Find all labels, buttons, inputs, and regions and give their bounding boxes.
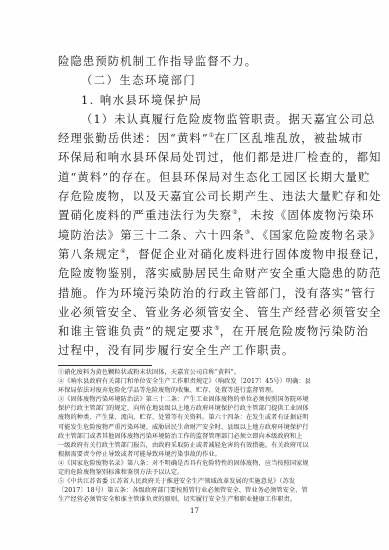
body-line-text: 第八条规定 [58,248,120,261]
body-line-text: （二）生态环境部门 [81,74,196,87]
body-line: 道“黄料”的存在。但县环保局对生态化工园区长期大量贮 [58,168,332,187]
body-line: 措施。作为环境污染防治的行政主管部门，没有落实“管行 [58,284,332,303]
body-line-text: 险隐患预防机制工作指导监督不力。 [58,55,257,68]
footnote-line: ⑤《中共江苏省委 江苏省人民政府关于推进安全生产领域改革发展的实施意见》（苏发 [58,477,332,486]
body-line-text: ，督促企业对硝化废料进行固体废物申报登记， [126,248,387,261]
footnote-divider [58,365,152,366]
body-line-text: （1）未认真履行危险废物监管职责。据天嘉宜公司总 [81,113,376,126]
body-line: 和谁主管谁负责”的规定要求⑤，在开展危险废物污染防治 [58,322,332,341]
body-line: 过程中，没有同步履行安全生产工作职责。 [58,341,332,360]
footnote-line: 保护行政主管部门的规定，向所在地县级以上地方政府环境保护行政主管部门提供工业固体 [58,404,332,413]
body-line-text: 境防治法》第三十二条、六十四条 [58,229,245,242]
footnote-line: ④《国家危险废物名录》第八条：对不明确是否具有危险特性的固体废物，应当按照国家规 [58,459,332,468]
body-line-text: 存危险废物，以及天嘉宜公司长期产生、违法大量贮存和处 [58,190,382,203]
footnote-line: 生产经营必须管安全和谁主管谁负责的原则，切实履行安全生产和职业健康工作职责。 [58,495,332,504]
body-line: 存危险废物，以及天嘉宜公司长期产生、违法大量贮存和处 [58,187,332,206]
footnote-line: 一级政府有关行政主管部门报告，由政府采取防止或者减轻危害的有效措施。有关政府可以 [58,441,332,450]
body-line: 境防治法》第三十二条、六十四条③、《国家危险废物名录》 [58,226,332,245]
body-line-text: ，未按《固体废物污染环 [238,209,375,222]
body-line-text: 环保局和响水县环保局处罚过，他们都是进厂检查的，都知 [58,151,382,164]
footnote-line: ①硝化废料为黄色颗粒状或粉末状固体，天嘉宜公司自称“黄料”。 [58,368,332,377]
body-text: 险隐患预防机制工作指导监督不力。（二）生态环境部门1. 响水县环境保护局（1）未… [58,52,332,361]
body-line: 环保局和响水县环保局处罚过，他们都是进厂检查的，都知 [58,148,332,167]
body-line-text: 在厂区乱堆乱放，被盐城市 [214,132,363,145]
footnote-line: ②《响水县政府有关部门和单位安全生产工作职责规定》（响政发〔2017〕45号）明… [58,377,332,386]
body-line-text: 措施。作为环境污染防治的行政主管部门，没有落实“管行 [58,287,376,300]
body-line-text: 和谁主管谁负责”的规定要求 [58,325,214,338]
footnote-line: 政主管部门或者其他固体废物污染环境防治工作的监督管理部门必须立即向本级政府和上 [58,432,332,441]
footnote-line: 根据需要责令停止导致或者可能导致环境污染事故的作业。 [58,450,332,459]
body-line-text: 经理张勤岳供述：因“黄料” [58,132,209,145]
footnote-line: 〔2017〕18号）第五条：各级政府部门要按照管行业必须管安全、管业务必须管安全… [58,486,332,495]
body-line-text: ，在开展危险废物污染防治 [220,325,369,338]
body-line: 置硝化废料的严重违法行为失察②，未按《固体废物污染环 [58,206,332,225]
body-line-text: 1. 响水县环境保护局 [81,94,202,107]
body-line: 1. 响水县环境保护局 [58,91,332,110]
footnotes: ①硝化废料为黄色颗粒状或粉末状固体，天嘉宜公司自称“黄料”。②《响水县政府有关部… [58,368,332,504]
body-line: 第八条规定④，督促企业对硝化废料进行固体废物申报登记， [58,245,332,264]
footnote-line: 环保局依法对废弃危险化学品等危险废物的收集、贮存、处置等进行监督管理。 [58,386,332,395]
document-page: 险隐患预防机制工作指导监督不力。（二）生态环境部门1. 响水县环境保护局（1）未… [0,0,389,550]
footnote-line: 可能发生危险废物严重污染环境、威胁居民生命财产安全时，县级以上地方政府环境保护行 [58,423,332,432]
body-line: （二）生态环境部门 [58,71,332,90]
footnote-line: ③《固体废物污染环境防治法》第三十二条：产生工业固体废物的单位必须按照国务院环境 [58,395,332,404]
footnote-line: 定的危险废物鉴别标准和鉴别方法予以认定。 [58,468,332,477]
footnote-line: 废物的种类、产生量、流向、贮存、处置等有关资料。第六十四条：在发生或者有证据证明 [58,413,332,422]
body-line: 经理张勤岳供述：因“黄料”①在厂区乱堆乱放，被盐城市 [58,129,332,148]
body-line: 业必须管安全、管业务必须管安全、管生产经营必须管安全 [58,303,332,322]
body-line-text: 危险废物鉴别，落实威胁居民生命财产安全重大隐患的防范 [58,267,382,280]
body-line-text: 过程中，没有同步履行安全生产工作职责。 [58,344,295,357]
body-line: 险隐患预防机制工作指导监督不力。 [58,52,332,71]
body-line: （1）未认真履行危险废物监管职责。据天嘉宜公司总 [58,110,332,129]
body-line-text: 业必须管安全、管业务必须管安全、管生产经营必须管安全 [58,306,382,319]
body-line-text: 置硝化废料的严重违法行为失察 [58,209,232,222]
body-line: 危险废物鉴别，落实威胁居民生命财产安全重大隐患的防范 [58,264,332,283]
body-line-text: 、《国家危险废物名录》 [250,229,381,242]
body-line-text: 道“黄料”的存在。但县环保局对生态化工园区长期大量贮 [58,171,371,184]
page-number: 17 [0,507,389,515]
